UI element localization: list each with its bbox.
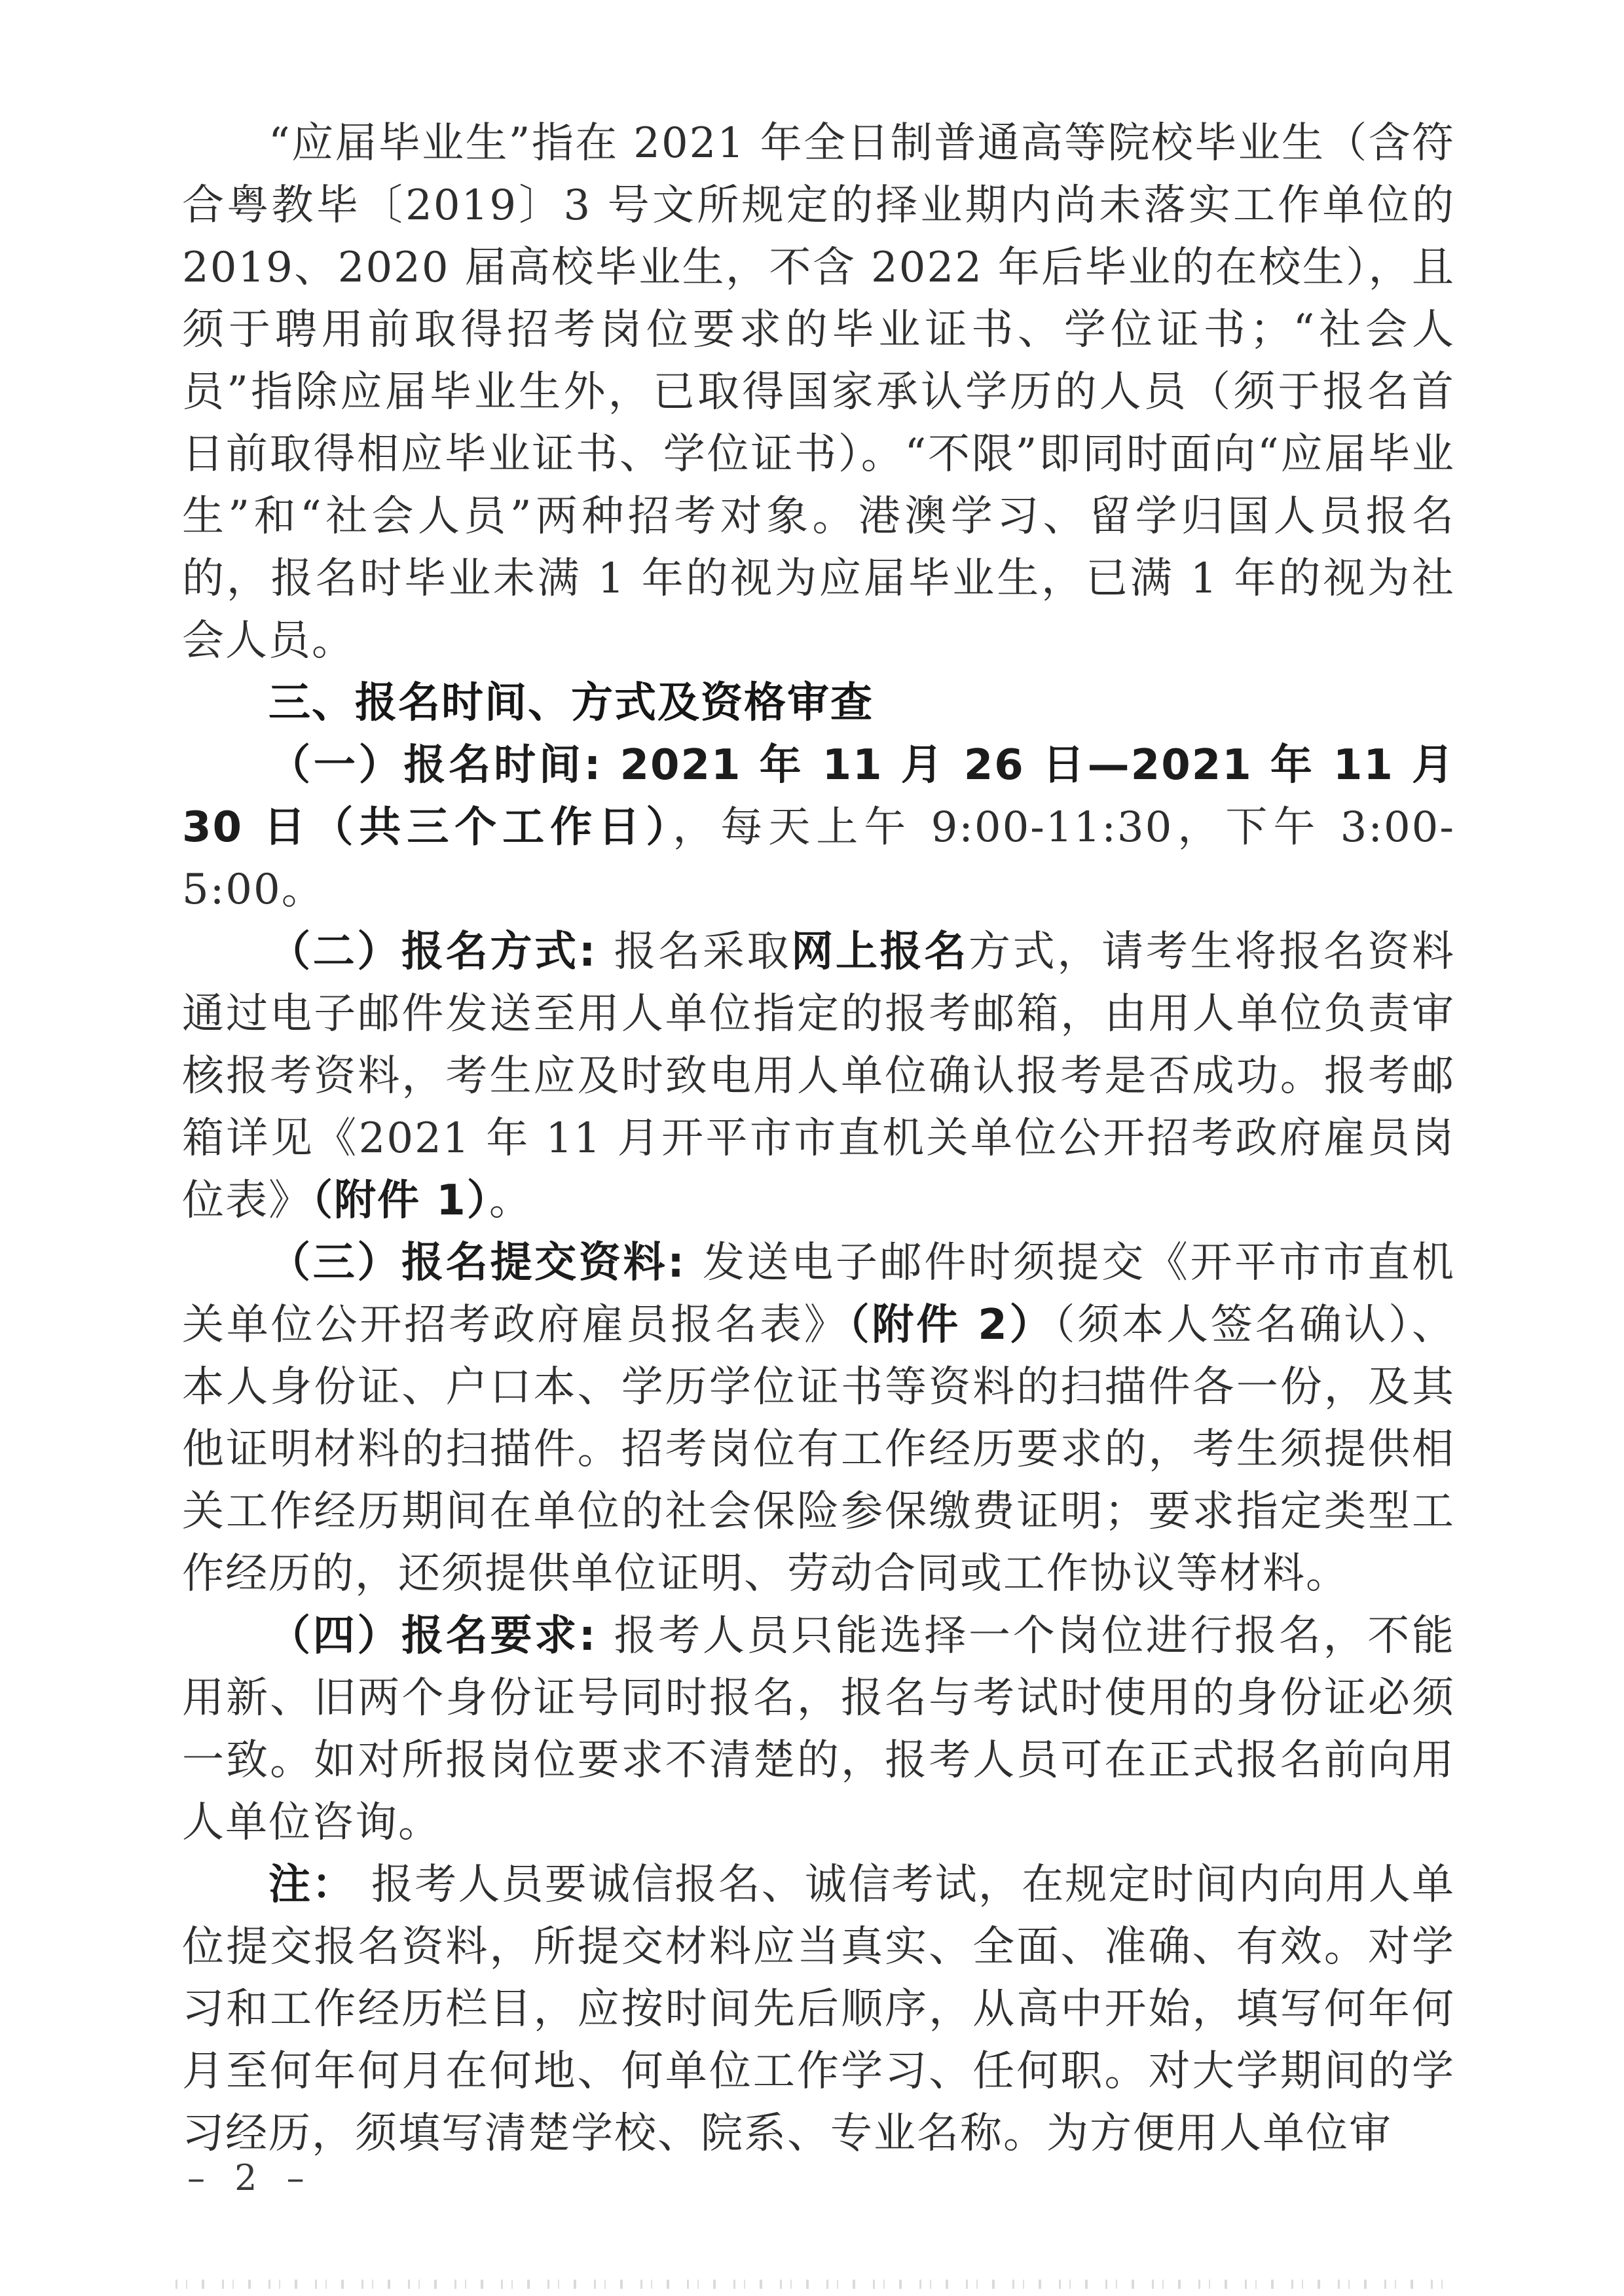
paragraph: （一）报名时间: 2021 年 11 月 26 日—2021 年 11 月 30… <box>182 735 1455 921</box>
text-run: 报名采取 <box>614 928 791 976</box>
bleed-through-text-fragment <box>175 2280 1452 2289</box>
paragraph: 注： 报考人员要诚信报名、诚信考试，在规定时间内向用人单位提交报名资料，所提交材… <box>182 1854 1455 2165</box>
paragraph: “应届毕业生”指在 2021 年全日制普通高等院校毕业生（含符合粤教毕〔2019… <box>182 113 1455 672</box>
text-run: （附件 2） <box>849 1301 1054 1349</box>
document-body: “应届毕业生”指在 2021 年全日制普通高等院校毕业生（含符合粤教毕〔2019… <box>182 113 1455 2165</box>
text-run: 注： <box>268 1861 371 1909</box>
section-heading: 三、报名时间、方式及资格审查 <box>182 672 1455 735</box>
text-run: 报考人员要诚信报名、诚信考试，在规定时间内向用人单位提交报名资料，所提交材料应当… <box>182 1861 1455 2158</box>
text-run: （二）报名方式: <box>268 928 614 976</box>
page-number: – 2 – <box>187 2157 314 2198</box>
text-run: 。 <box>489 1176 532 1225</box>
text-run: 三、报名时间、方式及资格审查 <box>268 679 874 727</box>
text-run: （四）报名要求: <box>268 1612 614 1660</box>
text-run: （三）报名提交资料: <box>268 1239 703 1287</box>
paragraph: （四）报名要求: 报考人员只能选择一个岗位进行报名，不能用新、旧两个身份证号同时… <box>182 1605 1455 1854</box>
text-run: （附件 1） <box>312 1176 489 1225</box>
paragraph: （三）报名提交资料: 发送电子邮件时须提交《开平市市直机关单位公开招考政府雇员报… <box>182 1232 1455 1605</box>
text-run: “应届毕业生”指在 2021 年全日制普通高等院校毕业生（含符合粤教毕〔2019… <box>182 119 1455 665</box>
text-run: 网上报名 <box>791 928 969 976</box>
paragraph: （二）报名方式: 报名采取网上报名方式，请考生将报名资料通过电子邮件发送至用人单… <box>182 921 1455 1232</box>
document-page: “应届毕业生”指在 2021 年全日制普通高等院校毕业生（含符合粤教毕〔2019… <box>0 0 1624 2296</box>
